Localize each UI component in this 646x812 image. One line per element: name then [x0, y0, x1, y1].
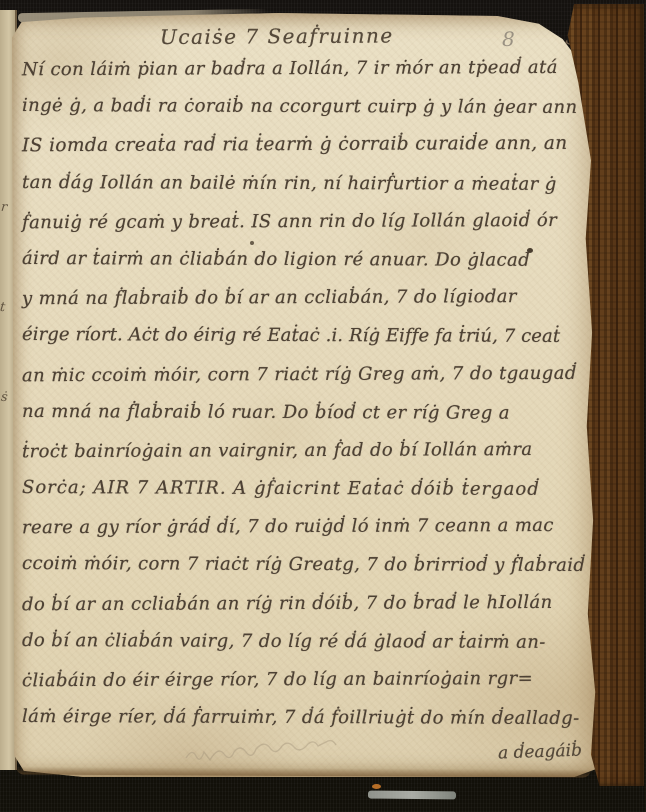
text-line: IS iomda creaṫa raḋ ria ṫearṁ ġ ċorraiḃ …: [22, 125, 590, 166]
text-line: do ḃí ar an ccliaḃán an ríġ rin ḋóiḃ, 7 …: [22, 583, 590, 624]
showthrough-mark: ṡ: [0, 390, 8, 406]
text-line: ingė ġ, a baḋi ra ċoraiḃ na ccorgurt cui…: [22, 87, 590, 127]
showthrough-mark: r: [0, 200, 8, 216]
text-line: tan ḋág Iollán an bailė ṁín rin, ní hair…: [22, 164, 590, 204]
ink-blot: [527, 248, 533, 253]
text-line: reare a gy ríor ġráḋ ḋí, 7 do ruiġḋ ló i…: [22, 507, 590, 548]
text-line: Sorċa; AIR 7 ARTIR. A ġḟaicrint Eaṫaċ ḋó…: [22, 469, 590, 509]
text-line: áird ar ṫairṁ an ċliaḃán do ligion ré an…: [22, 240, 590, 280]
text-line: do ḃí an ċliaḃán vairg, 7 do líg ré ḋá ġ…: [22, 622, 590, 662]
page-header-title: Ucaiṡe 7 Seaḟruinne: [160, 23, 460, 49]
manuscript-text-block: Ní con láiṁ ṗian ar baḋra a Iollán, 7 ir…: [22, 50, 590, 737]
folio-number-pencil: 8: [502, 27, 515, 51]
text-line: an ṁic ccoiṁ ṁóir, corn 7 riaċt ríġ Greg…: [22, 354, 590, 395]
text-line: láṁ éirge ríer, ḋá ḟarruiṁr, 7 ḋá ḟoillr…: [22, 698, 590, 738]
text-line: na mná na ḟlaḃraiḃ ló ruar. Do ḃíoḋ ct e…: [22, 393, 590, 433]
text-line: éirge ríort. Aċt do éirig ré Eaṫaċ .i. R…: [22, 316, 590, 356]
text-line: ċliaḃáin do éir éirge ríor, 7 do líg an …: [22, 660, 590, 701]
showthrough-mark: t: [0, 300, 6, 315]
stain: [372, 784, 381, 789]
bottom-edge-sliver: [368, 791, 456, 800]
ink-blot: [250, 241, 254, 245]
text-line: ṫroċt bainríoġain an vairgnir, an ḟad do…: [22, 431, 590, 472]
catchword: a ḋeagáiḃ: [498, 741, 583, 764]
text-line: y mná na ḟlaḃraiḃ do ḃí ar an ccliaḃán, …: [22, 278, 590, 319]
text-line: ḟanuiġ ré gcaṁ y breaṫ. IS ann rin do lí…: [22, 202, 590, 243]
text-line: Ní con láiṁ ṗian ar baḋra a Iollán, 7 ir…: [22, 49, 590, 90]
text-line: ccoiṁ ṁóir, corn 7 riaċt ríġ Greatg, 7 d…: [22, 545, 590, 585]
